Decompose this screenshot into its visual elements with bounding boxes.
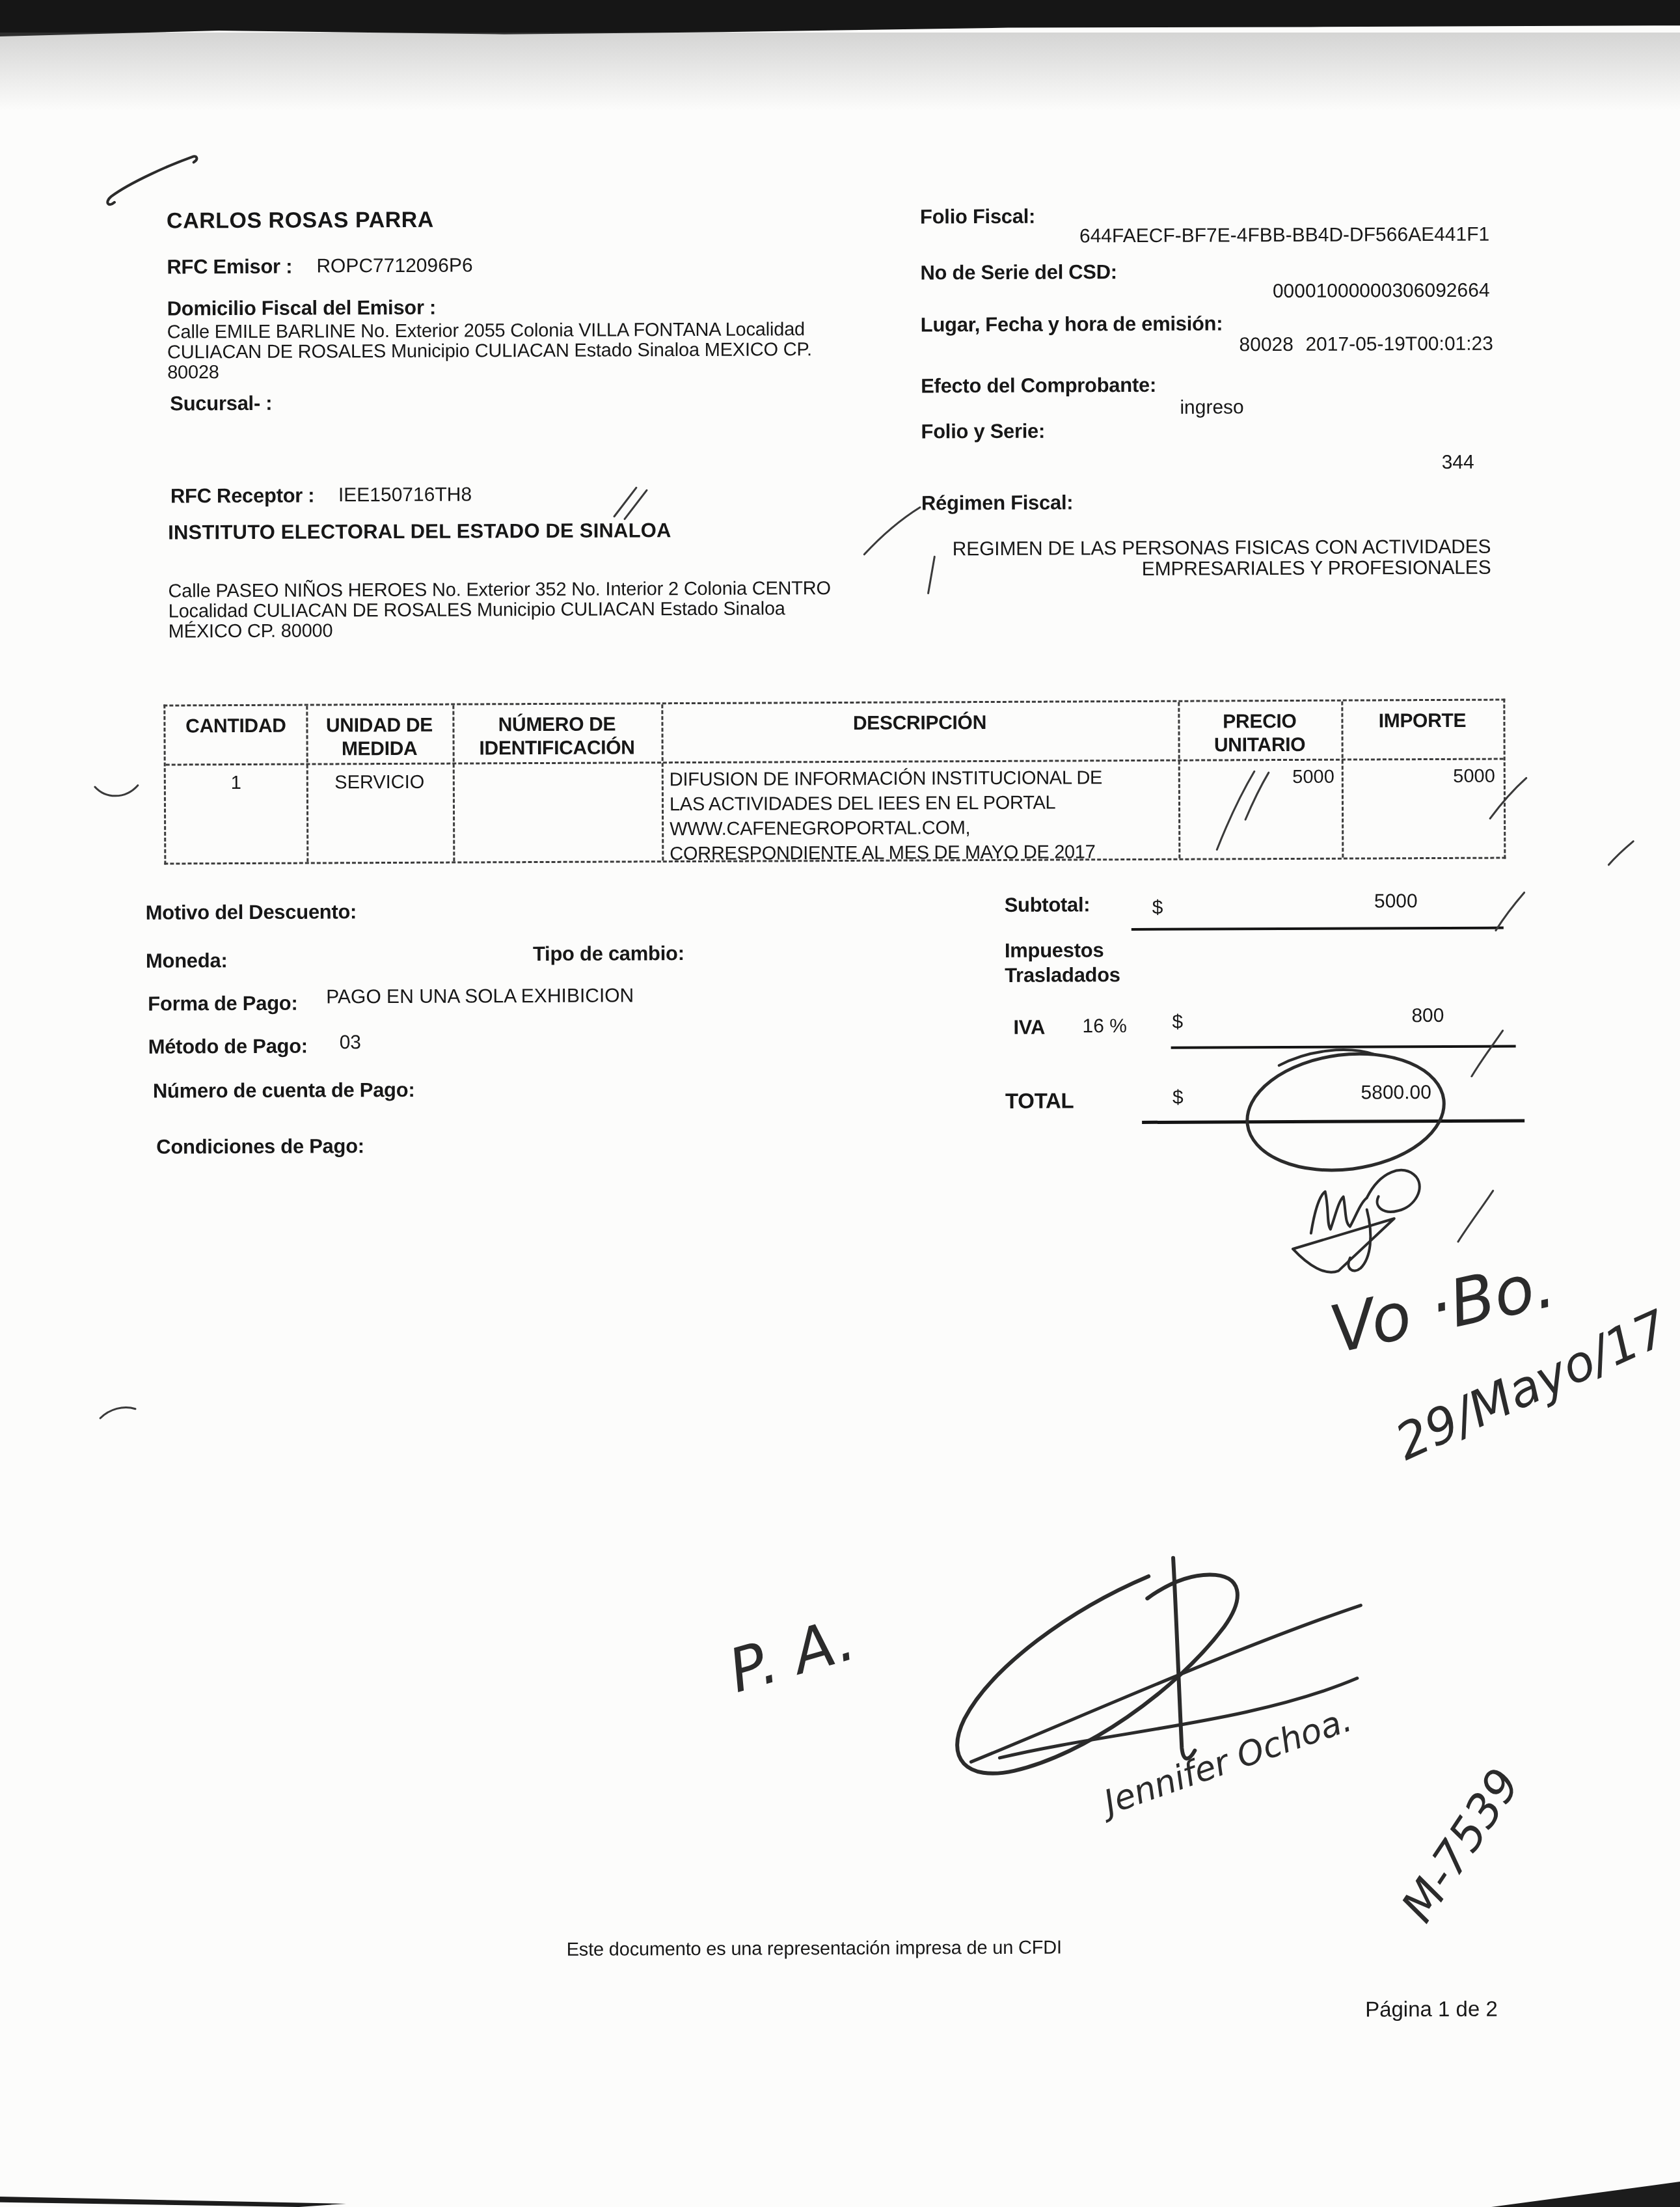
pen-mark-receptor-1 — [614, 487, 647, 519]
scan-shade-top — [0, 33, 1680, 111]
vobo-handwriting: Vo ·Bo. — [1323, 1246, 1562, 1368]
pa-handwriting: P. A. — [721, 1604, 862, 1706]
pen-mark-table-right — [1490, 778, 1526, 818]
pen-mark-receptor-3 — [928, 556, 934, 593]
signature-approver — [1292, 1170, 1420, 1272]
total-circle-annotation — [1240, 1043, 1451, 1181]
pen-mark-receptor-2 — [864, 507, 920, 554]
pen-mark-top-left — [107, 156, 197, 204]
handwriting-overlay: Vo ·Bo. 29/Mayo/17 P. A. Jennifer Ochoa.… — [0, 0, 1680, 2207]
pen-mark-subtotal — [1496, 892, 1524, 930]
pen-mark-total — [1458, 1191, 1493, 1242]
printed-content: CARLOS ROSAS PARRA RFC Emisor : ROPC7712… — [0, 0, 1680, 2207]
scanned-invoice-page: CARLOS ROSAS PARRA RFC Emisor : ROPC7712… — [0, 0, 1680, 2207]
pen-mark-table-left — [95, 786, 138, 796]
signer-name-handwriting: Jennifer Ochoa. — [1094, 1700, 1357, 1824]
code-handwriting: M-7539 — [1390, 1759, 1530, 1932]
pen-mark-desc-corner — [1608, 842, 1633, 865]
pen-mark-left-mid — [100, 1407, 135, 1418]
pen-mark-iva — [1472, 1031, 1503, 1076]
